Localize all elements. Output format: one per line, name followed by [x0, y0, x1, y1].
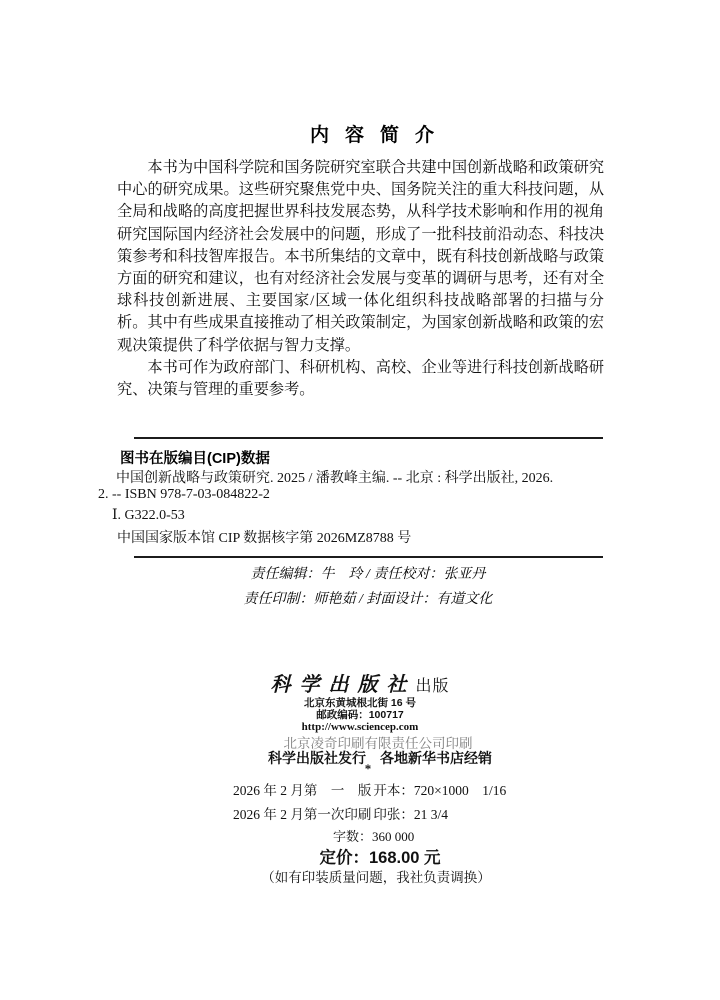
sheet-count: 印张：21 3/4: [373, 807, 448, 822]
publisher-zip-code: 邮政编码：100717: [0, 709, 720, 721]
word-count: 字数：360 000: [333, 826, 414, 845]
book-copyright-page: 内容简介 本书为中国科学院和国务院研究室联合共建中国创新战略和政策研究中心的研究…: [0, 0, 720, 1000]
credits-printing-line: 责任印制：师艳茹 / 封面设计：有道文化: [8, 588, 720, 613]
cip-classification-line: Ⅰ. G322.0-53: [112, 507, 185, 524]
publisher-address: 北京东黄城根北街 16 号: [0, 697, 720, 709]
cip-heading: 图书在版编目(CIP)数据: [120, 447, 270, 468]
cip-registration-line: 中国国家版本馆 CIP 数据核字第 2026MZ8788 号: [117, 527, 411, 547]
staff-credits: 责任编辑：牛 玲 / 责任校对：张亚丹 责任印制：师艳茹 / 封面设计：有道文化: [8, 563, 720, 612]
edition-row: 2026 年 2 月第 一 版 开本：720×1000 1/16: [233, 779, 506, 803]
intro-text: 本书为中国科学院和国务院研究室联合共建中国创新战略和政策研究中心的研究成果。这些…: [117, 157, 604, 401]
separator-asterisk: *: [8, 761, 720, 777]
format-spec: 开本：720×1000 1/16: [373, 783, 506, 798]
publisher-logo-suffix: 出版: [415, 678, 449, 695]
edition-date: 2026 年 2 月第 一 版: [233, 779, 370, 803]
print-run-info: 2026 年 2 月第 一 版 开本：720×1000 1/16 2026 年 …: [233, 779, 506, 827]
intro-paragraph-2: 本书可作为政府部门、科研机构、高校、企业等进行科技创新战略研究、决策与管理的重要…: [117, 357, 604, 401]
publisher-logo: 科学出版社: [270, 674, 415, 696]
price-line: 定价：168.00 元: [20, 844, 720, 868]
cip-isbn-line: 2. -- ISBN 978-7-03-084822-2: [98, 487, 270, 503]
quality-note: （如有印装质量问题，我社负责调换）: [16, 866, 720, 886]
intro-paragraph-1: 本书为中国科学院和国务院研究室联合共建中国创新战略和政策研究中心的研究成果。这些…: [117, 157, 604, 357]
page-title: 内容简介: [20, 120, 720, 147]
cip-box-bottom-rule: [134, 556, 603, 558]
printing-date: 2026 年 2 月第一次印刷: [233, 803, 370, 827]
credits-editor-line: 责任编辑：牛 玲 / 责任校对：张亚丹: [8, 563, 720, 588]
printing-row: 2026 年 2 月第一次印刷 印张：21 3/4: [233, 803, 506, 827]
publisher-logo-line: 科学出版社出版: [0, 668, 720, 697]
cip-box-top-rule: [134, 437, 603, 439]
cip-title-line: 中国创新战略与政策研究. 2025 / 潘教峰主编. -- 北京 : 科学出版社…: [116, 467, 553, 487]
